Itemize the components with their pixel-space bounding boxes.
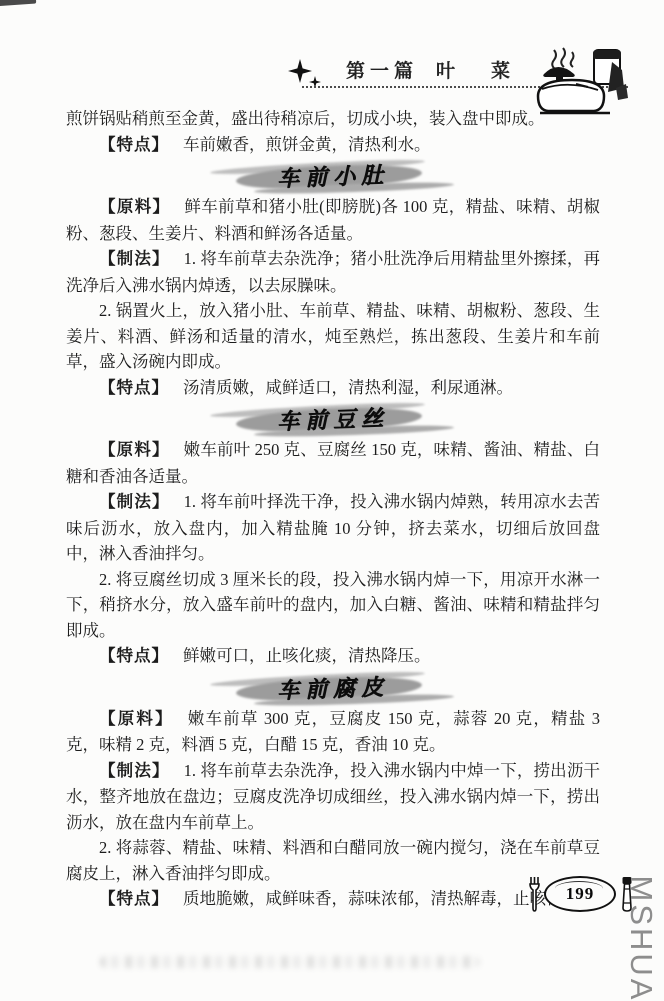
feature-label: 【特点】 [99,647,169,665]
ingredients-label: 【原料】 [99,441,170,459]
recipe-title-banner: 车前豆丝 [208,405,458,435]
method-step: 2. 锅置火上，放入猪小肚、车前草、精盐、味精、胡椒粉、葱段、生姜片、料酒、鲜汤… [66,298,600,375]
recipe-title: 车前腐皮 [208,669,459,708]
feature-label: 【特点】 [99,379,169,397]
chapter-name-1: 叶 [436,56,455,83]
scan-edge-artifact [0,0,36,6]
method-step: 2. 将豆腐丝切成 3 厘米长的段，投入沸水锅内焯一下，用凉开水淋一下，稍挤水分… [66,567,600,644]
ingredients-label: 【原料】 [99,710,174,728]
ingredients-paragraph: 【原料】嫩车前叶 250 克、豆腐丝 150 克，味精、酱油、精盐、白糖和香油各… [66,437,600,489]
method-step: 2. 将蒜蓉、精盐、味精、料酒和白醋同放一碗内搅匀，浇在车前草豆腐皮上，淋入香油… [66,835,600,886]
method-paragraph: 【制法】1. 将车前草去杂洗净；猪小肚洗净后用精盐里外擦揉，再洗净后入沸水锅内焯… [66,246,600,298]
ghost-text-showthrough [100,956,480,968]
feature-text: 车前嫩香，煎饼金黄，清热利水。 [183,135,431,154]
ingredients-paragraph: 【原料】嫩车前草 300 克，豆腐皮 150 克，蒜蓉 20 克，精盐 3 克，… [66,706,600,758]
recipe-title: 车前小肚 [208,158,459,197]
intro-paragraph: 煎饼锅贴稍煎至金黄，盛出待稍凉后，切成小块，装入盘中即成。 [66,106,600,132]
recipe-title-banner: 车前小肚 [208,162,458,192]
recipe-title-banner: 车前腐皮 [208,674,458,704]
recipe-title: 车前豆丝 [208,401,459,440]
page-number: 199 [566,884,595,904]
oval-plate-icon: 199 [544,876,616,912]
feature-text: 鲜嫩可口，止咳化痰，清热降压。 [183,646,431,665]
feature-paragraph: 【特点】质地脆嫩，咸鲜味香，蒜味浓郁，清热解毒，止咳化痰。 [66,886,600,913]
watermark: MSHUA [623,869,659,1001]
method-label: 【制法】 [99,493,170,511]
feature-label: 【特点】 [99,136,169,154]
page-content: 煎饼锅贴稍煎至金黄，盛出待稍凉后，切成小块，装入盘中即成。 【特点】车前嫩香，煎… [66,106,600,913]
page-number-plate: 199 [528,876,635,912]
feature-paragraph: 【特点】汤清质嫩，咸鲜适口，清热利湿，利尿通淋。 [66,375,600,402]
ingredients-label: 【原料】 [99,198,170,216]
feature-text: 汤清质嫩，咸鲜适口，清热利湿，利尿通淋。 [183,378,513,397]
intro-feature-line: 【特点】车前嫩香，煎饼金黄，清热利水。 [66,132,600,159]
chapter-number: 第一篇 [346,56,418,83]
method-paragraph: 【制法】1. 将车前草去杂洗净，投入沸水锅内中焯一下，捞出沥干水，整齐地放在盘边… [66,758,600,836]
chapter-name-2: 菜 [491,56,510,83]
fork-icon [528,876,541,912]
feature-paragraph: 【特点】鲜嫩可口，止咳化痰，清热降压。 [66,643,600,670]
method-paragraph: 【制法】1. 将车前叶择洗干净，投入沸水锅内焯熟，转用凉水去苦味后沥水，放入盘内… [66,489,600,567]
book-page: { "colors":{"paper":"#fcfcfb","text":"#1… [0,0,664,1001]
ingredients-paragraph: 【原料】鲜车前草和猪小肚(即膀胱)各 100 克，精盐、味精、胡椒粉、葱段、生姜… [66,194,600,246]
method-label: 【制法】 [99,250,170,268]
method-label: 【制法】 [99,762,170,780]
feature-label: 【特点】 [99,890,169,908]
